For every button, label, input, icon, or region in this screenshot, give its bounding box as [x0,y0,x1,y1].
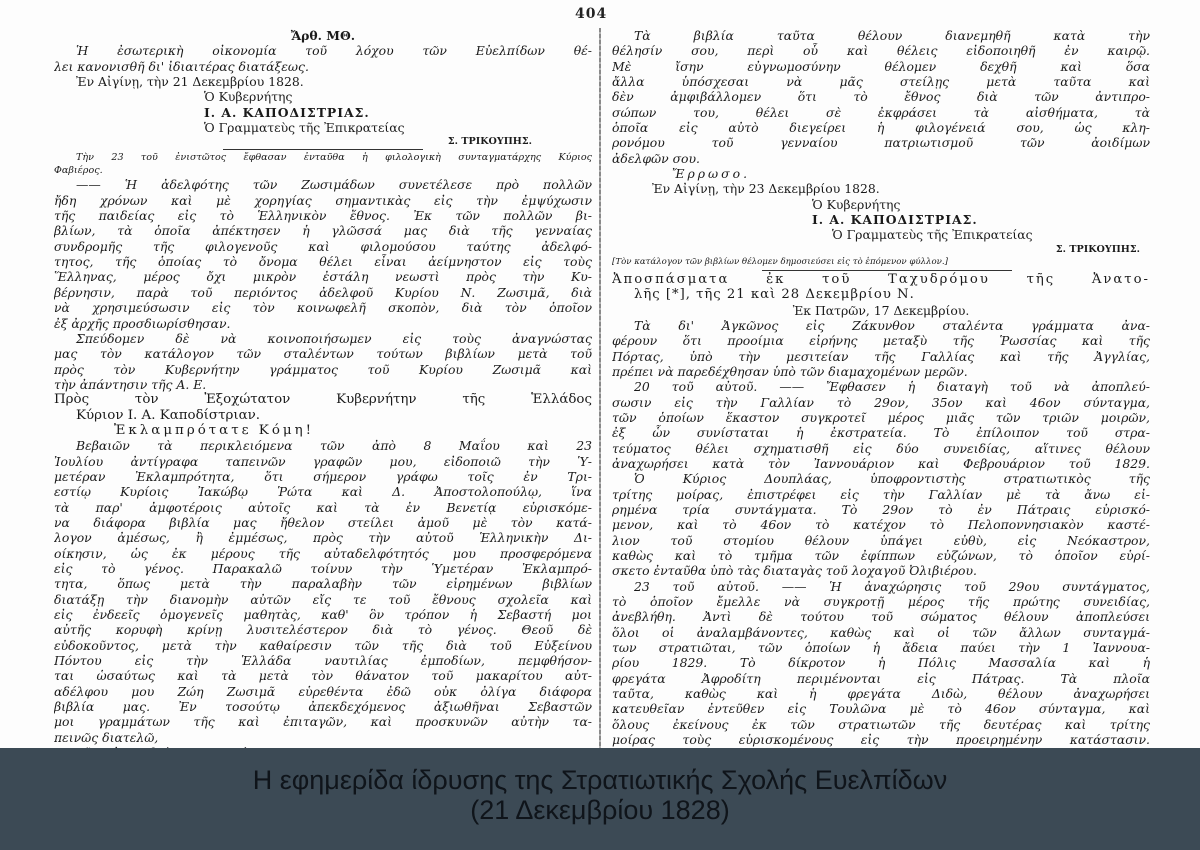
text-line: ἄλλα ὑπόσχεσαι νὰ μᾶς στείλῃς μετὰ ταῦτα… [612,74,1150,89]
paragraph-regiments: 20 τοῦ αὐτοῦ. —— Ἔφθασεν ἡ διαταγὴ τοῦ ν… [612,379,1150,471]
paragraph-douplaas: Ὁ Κύριος Δουπλάας, ὑποφροντιστὴς στρατιω… [612,471,1150,578]
text-line: φρεγάτα Ἀφροδίτη περιμένονται εἰς Πάτρας… [612,671,1150,686]
text-line: ἤδη χρόνων καὶ μὲ χορηγίας σημαντικὰς εἰ… [54,193,592,208]
right-column: Τὰ βιβλία ταῦτα θέλουν διανεμηθῆ κατὰ τὴ… [612,26,1150,839]
signature-name: Ι. Α. ΚΑΠΟΔΙΣΤΡΙΑΣ. [54,105,592,120]
text-line: τῆς παιδείας εἰς τὸ Ἑλληνικὸν ἔθνος. Ἐκ … [54,208,592,223]
text-line: ὅλους ἐκείνους ἐκ τῶν στρατιωτῶν τῆς δευ… [612,717,1150,732]
letter-body: Βεβαιῶν τὰ περικλειόμενα τῶν ἀπὸ 8 Μαΐου… [54,438,592,745]
extract-heading: Ἀποσπάσματα ἐκ τοῦ Ταχυδρόμου τῆς Ἀνατο- [612,272,1150,287]
catalog-note: [Τὸν κατάλογον τῶν βιβλίων θέλομεν δημοσ… [612,256,1150,269]
text-line: —— Ἡ ἀδελφότης τῶν Ζωσιμάδων συνετέλεσε … [54,177,592,192]
secretary-title: Ὁ Γραμματεὺς τῆς Ἐπικρατείας [612,227,1150,242]
text-line: των στρατιῶται, τῶν ὁποίων ἡ ἄδεια παύει… [612,640,1150,655]
paragraph-reply-continued: Τὰ βιβλία ταῦτα θέλουν διανεμηθῆ κατὰ τὴ… [612,28,1150,166]
article-text-line: λει κανονισθῆ δι' ἰδιαιτέρας διατάξεως. [54,59,592,74]
text-line: δὲν ἀμφιβάλλομεν ὅτι τὸ ἔθνος διὰ τῶν ἀν… [612,89,1150,104]
text-line: ρίου 1829. Τὸ δίκροτον ἡ Πόλις Μασσαλία … [612,655,1150,670]
secretary-name: Σ. ΤΡΙΚΟΥΠΗΣ. [54,135,592,148]
text-line: Βεβαιῶν τὰ περικλειόμενα τῶν ἀπὸ 8 Μαΐου… [54,438,592,453]
column-divider [599,28,601,748]
text-line: Σπεύδομεν δὲ νὰ κοινοποιήσωμεν εἰς τοὺς … [54,331,592,346]
text-line: εἰς ἐνδεεῖς ὁμογενεῖς μαθητὰς, καθ' ὃν τ… [54,607,592,622]
text-line: 23 τοῦ αὐτοῦ. —— Ἡ ἀναχώρησις τοῦ 29ου σ… [612,579,1150,594]
text-line: 20 τοῦ αὐτοῦ. —— Ἔφθασεν ἡ διαταγὴ τοῦ ν… [612,379,1150,394]
text-line: βέρνησιν, παρὰ τοῦ περιόντος ἀδελφοῦ Κυρ… [54,285,592,300]
text-line: νὰ χρησιμεύσωσιν εἰς τὸν κοινωφελῆ σκοπὸ… [54,300,592,315]
text-line: ὁποῖα εἰς αὐτὸ διεγείρει ἡ φιλογένειά σο… [612,120,1150,135]
text-line: Πόρτας, ὑπὸ τὴν μεσιτείαν τῆς Γαλλίας κα… [612,349,1150,364]
text-line: εστίῳ Κυρίοις Ἰακώβῳ Ῥώτα καὶ Δ. Ἀποστολ… [54,484,592,499]
text-line: Πόντου εἰς τὴν Ἑλλάδα ναυτιλίας ἐμποδίων… [54,653,592,668]
left-column: Ἄρθ. ΜΘ. Ἡ ἐσωτερικὴ οἰκονομία τοῦ λόχου… [54,26,592,850]
text-line: τητα, ὅπως μετὰ τὴν παραλαβὴν τῶν εἰρημέ… [54,576,592,591]
extract-heading: λῆς [*], τῆς 21 καὶ 28 Δεκεμβρίου Ν. [612,287,1150,302]
text-line: διατάξῃ τὴν διανομὴν αὐτῶν εἴς τε τοῦ ἔθ… [54,592,592,607]
dateline-patras: Ἐκ Πατρῶν, 17 Δεκεμβρίου. [612,303,1150,318]
text-line: πεινῶς διατελῶ, [54,730,592,745]
text-line: καθὼς καὶ τὸ τμῆμα τῶν ἐφίππων εὐζώνων, … [612,548,1150,563]
text-line: τῶν ὁποίων ἕκαστον συγκροτεῖ μέρος μιᾶς … [612,410,1150,425]
text-line: μας τὸν κατάλογον τῶν σταλέντων τούτων β… [54,346,592,361]
signature-name: Ι. Α. ΚΑΠΟΔΙΣΤΡΙΑΣ. [612,212,1150,227]
text-line: συνδρομῆς τῆς φιλογενοῦς καὶ φιλομούσου … [54,239,592,254]
text-line: να διάφορα βιβλία μας ἤθελον στείλει ἀμο… [54,515,592,530]
text-line: ρημένα τρία συντάγματα. Τὸ 29ον τὸ ἐν Πά… [612,502,1150,517]
text-line: ται ὡσαύτως καὶ τὰ μετὰ τὸν θάνατον τοῦ … [54,668,592,683]
text-line: μοίρας τοὺς εὑρισκομένους εἰς τὴν προειρ… [612,732,1150,747]
notice-line: Φαβιέρος. [54,164,592,177]
secretary-title: Ὁ Γραμματεὺς τῆς Ἐπικρατείας [54,120,592,135]
text-line: τὴν ἀπάντησιν τῆς Α. Ε. [54,377,592,392]
text-line: Ὁ Κύριος Δουπλάας, ὑποφροντιστὴς στρατιω… [612,471,1150,486]
text-line: εὐδοκοῦντος, μετὰ τὴν καθαίρεσιν τῶν τῆς… [54,638,592,653]
article-text-line: Ἡ ἐσωτερικὴ οἰκονομία τοῦ λόχου τῶν Εὐελ… [54,43,592,58]
article-heading: Ἄρθ. ΜΘ. [54,28,592,43]
text-line: σωσιν εἰς τὴν Γαλλίαν τὸ 29ον, 35ον καὶ … [612,395,1150,410]
text-line: τητος, τῆς ὁποίας τὸ ὄνομα θέλει εἶναι ἀ… [54,254,592,269]
caption-line-1: Η εφημερίδα ίδρυσης της Στρατιωτικής Σχο… [0,765,1200,795]
text-line: αὐτῆς κορυφὴ κρίνῃ λυσιτελέστερον διὰ τὸ… [54,622,592,637]
text-line: ἀναχωρήσει κατὰ τὸν Ἰαννουάριον καὶ Φεβρ… [612,456,1150,471]
text-line: ἐξ ὧν συνίσταται ἡ ἐκστρατεία. Τὸ ἐπίλοι… [612,425,1150,440]
signature-title: Ὁ Κυβερνήτης [612,197,1150,212]
text-line: Ἕλληνας, μέρος ὄχι μικρὸν ἐστάλη νεωστὶ … [54,269,592,284]
text-line: λιον τοῦ στομίου θέλουν ὑπάγει εὐθὺ, εἰς… [612,533,1150,548]
paragraph-zosimades: —— Ἡ ἀδελφότης τῶν Ζωσιμάδων συνετέλεσε … [54,177,592,330]
text-line: Μὲ ἴσην εὐγνωμοσύνην θέλομεν δεχθῆ καὶ ὅ… [612,59,1150,74]
text-line: πρὸς τὸν Κυβερνήτην γράμματος τοῦ Κυρίου… [54,362,592,377]
text-line: Ἰουλίου ἀντίγραφα ταπεινῶν γραφῶν μου, ε… [54,454,592,469]
text-line: μετέραν Ἐκλαμπρότητα, ὅτι σήμερον γράφω … [54,469,592,484]
section-rule [223,149,423,150]
text-line: πρέπει νὰ παρεδέχθησαν ὑπὸ τῶν διαμαχομέ… [612,364,1150,379]
paragraph-departure: 23 τοῦ αὐτοῦ. —— Ἡ ἀναχώρησις τοῦ 29ου σ… [612,579,1150,748]
date-line: Ἐν Αἰγίνῃ, τὴν 23 Δεκεμβρίου 1828. [612,181,1150,196]
date-line: Ἐν Αἰγίνῃ, τὴν 21 Δεκεμβρίου 1828. [54,74,592,89]
text-line: ἀνεβλήθη. Ἀντὶ δὲ τούτου τοῦ σώματος θέλ… [612,609,1150,624]
text-line: εἰς τὸ γένος. Παρακαλῶ τοίνυν τὴν Ὑμετέρ… [54,561,592,576]
paragraph-peace-news: Τὰ δι' Ἀγκῶνος εἰς Ζάκυνθον σταλέντα γρά… [612,318,1150,379]
text-line: βιβλία μας. Ἐν τοσούτῳ ἀπεκδεχόμενος ἀξι… [54,699,592,714]
text-line: οίκησιν, ὡς ἐκ μέρους τῆς αὐταδελφότητός… [54,546,592,561]
text-line: λογον ἀμέσως, ἢ ἐμμέσως, πρὸς τὴν αὐτοῦ … [54,530,592,545]
caption-line-2: (21 Δεκεμβρίου 1828) [0,795,1200,825]
text-line: ἐξ ἀρχῆς προσδιωρίσθησαν. [54,316,592,331]
text-line: τρίτης μοίρας, ἐπιστρέφει εἰς τὴν Γαλλία… [612,487,1150,502]
letter-address: Κύριον Ι. Α. Καποδίστριαν. [54,408,592,423]
text-line: σώπων του, θέλει σὲ ἐκφράσει τὰ αἰσθήματ… [612,105,1150,120]
notice-line: Τὴν 23 τοῦ ἐνιστῶτος ἔφθασαν ἐνταῦθα ἡ φ… [54,151,592,164]
paragraph-catalog-intro: Σπεύδομεν δὲ νὰ κοινοποιήσωμεν εἰς τοὺς … [54,331,592,392]
text-line: σκετο ἐνταῦθα ὑπὸ τὰς διαταγὰς τοῦ λοχαγ… [612,563,1150,578]
text-line: Τὰ δι' Ἀγκῶνος εἰς Ζάκυνθον σταλέντα γρά… [612,318,1150,333]
text-line: ἀδελφῶν σου. [612,151,1150,166]
text-line: τεύματος θέλει σχηματισθῆ εἰς δύο συνειδ… [612,441,1150,456]
text-line: αδέλφου μου Ζώη Ζωσιμᾶ εὑρεθέντα ἐδῶ οὐκ… [54,684,592,699]
farewell: Ἔρρωσο. [612,166,1150,181]
secretary-name: Σ. ΤΡΙΚΟΥΠΗΣ. [612,243,1150,256]
text-line: μενον, καὶ τὸ 46ον τὸ κατέχον τὸ Πελοπον… [612,517,1150,532]
text-line: Τὰ βιβλία ταῦτα θέλουν διανεμηθῆ κατὰ τὴ… [612,28,1150,43]
section-rule [762,270,1012,271]
text-line: ταῦτα, καθὼς καὶ ἡ φρεγάτα Διδὼ, θέλουν … [612,686,1150,701]
letter-address: Πρὸς τὸν Ἐξοχώτατον Κυβερνήτην τῆς Ἑλλάδ… [54,392,592,407]
text-line: ρονόμου τοῦ γενναίου πατριωτισμοῦ τῶν ἀο… [612,135,1150,150]
text-line: θέλησίν σου, περὶ οὗ καὶ θέλεις εἰδοποιη… [612,43,1150,58]
page-number: 404 [575,6,607,22]
text-line: τὰ παρ' ἀμφοτέροις αὐτοῖς καὶ τὰ ἐν Βενε… [54,500,592,515]
text-line: μοι γραμμάτων τῆς καὶ ἐπιταγῶν, καὶ προσ… [54,714,592,729]
text-line: ὅλοι οἱ ἀναλαμβάνοντες, καθὼς καὶ οἱ τῶν… [612,625,1150,640]
signature-title: Ὁ Κυβερνήτης [54,89,592,104]
image-caption: Η εφημερίδα ίδρυσης της Στρατιωτικής Σχο… [0,765,1200,825]
text-line: βλίων, τὰ ὁποῖα ἀπέκτησεν ἡ γλῶσσά μας δ… [54,223,592,238]
text-line: κατευθεῖαν ἐντεῦθεν εἰς Τουλῶνα μὲ τὸ 46… [612,701,1150,716]
newspaper-page-scan: 404 Ἄρθ. ΜΘ. Ἡ ἐσωτερικὴ οἰκονομία τοῦ λ… [0,0,1200,748]
salutation: Ἐκλαμπρότατε Κόμη! [54,423,592,438]
text-line: τὸ ὁποῖον ἔμελλε νὰ συγκροτῇ μέρος τῆς π… [612,594,1150,609]
text-line: φέρουν ὅτι προοίμια εἰρήνης μεταξὺ τῆς Ῥ… [612,333,1150,348]
